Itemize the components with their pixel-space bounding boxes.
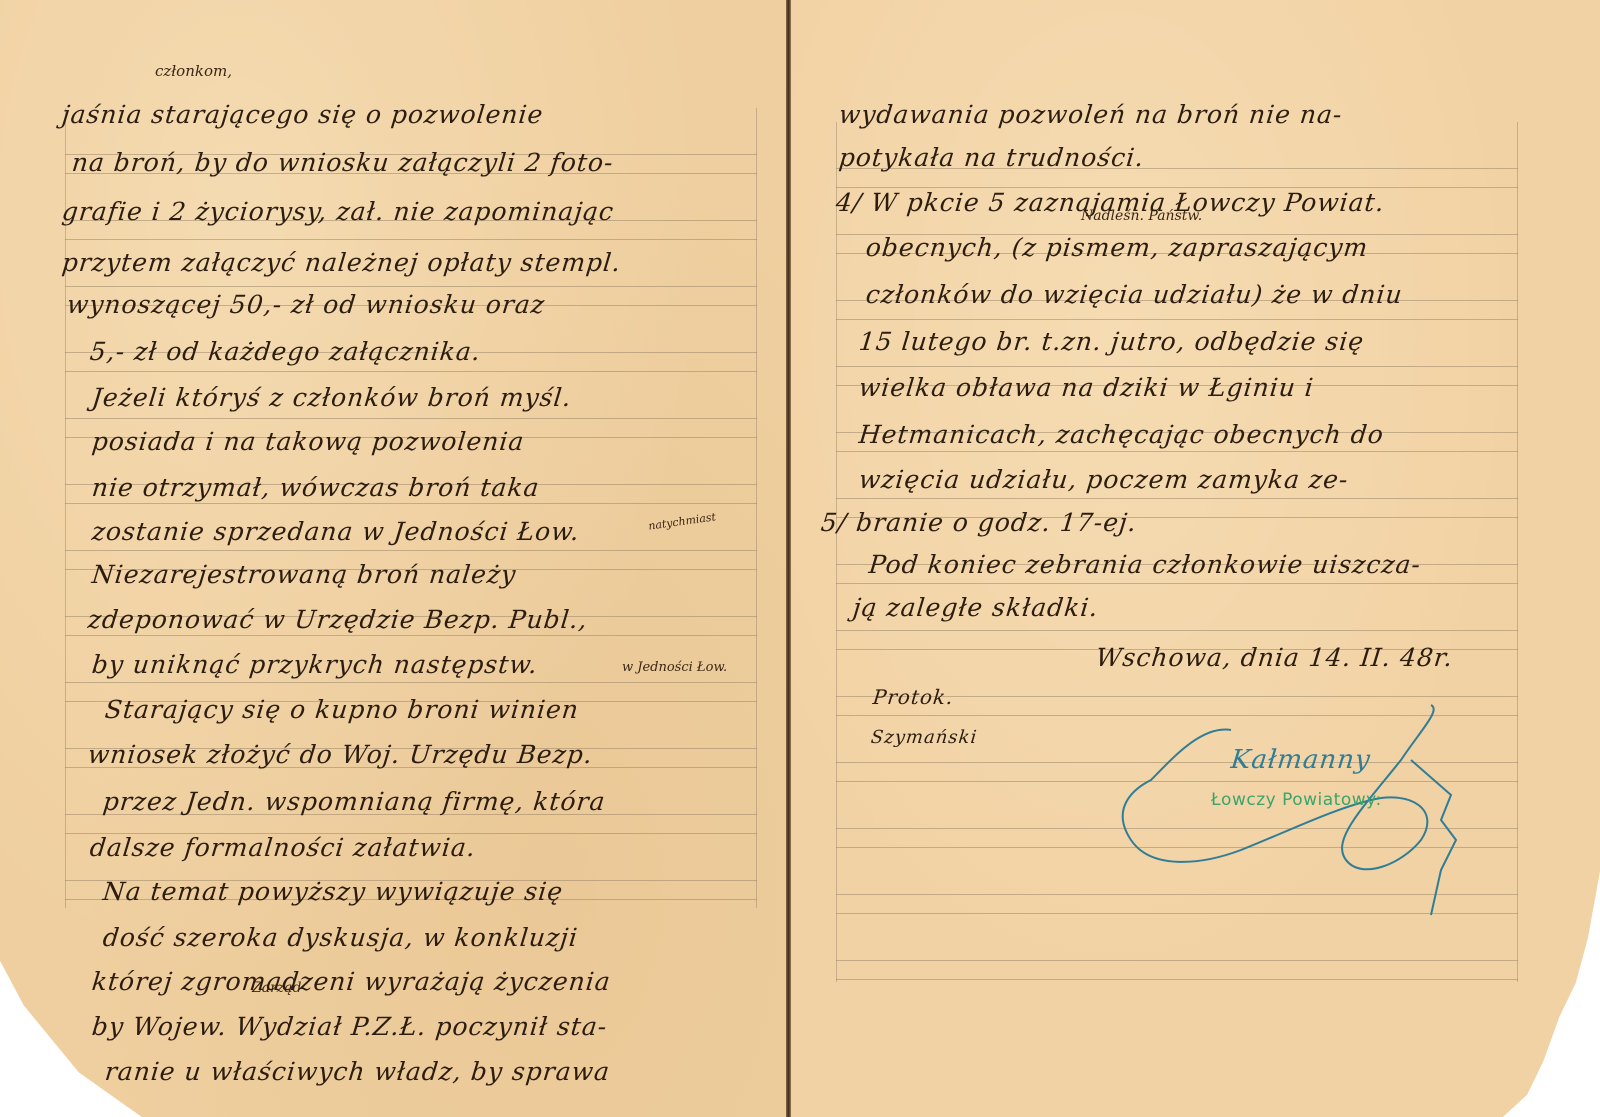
handwritten-line: jaśnia starającego się o pozwolenie	[60, 100, 545, 129]
lowczy-powiatowy-stamp: Łowczy Powiatowy:	[1211, 790, 1382, 810]
notebook-spread: członkom, natychmiast w Jedności Łow. Za…	[0, 0, 1600, 1117]
handwritten-line: Jeżeli któryś z członków broń myśl.	[90, 383, 573, 412]
handwritten-line: by Wojew. Wydział P.Z.Ł. poczynił sta-	[90, 1012, 608, 1041]
handwritten-line: wniosek złożyć do Woj. Urzędu Bezp.	[86, 740, 594, 769]
handwritten-line: wielka obława na dziki w Łginiu i	[857, 373, 1315, 402]
notebook-binding	[786, 0, 791, 1117]
official-signature-text: Kałmanny	[1229, 745, 1372, 775]
handwritten-line: Starający się o kupno broni winien	[103, 695, 580, 724]
handwritten-line: 15 lutego br. t.zn. jutro, odbędzie się	[857, 327, 1365, 356]
protocol-label: Protok.	[872, 685, 955, 709]
right-page: Nadleśn. Państw. wydawania pozwoleń na b…	[791, 0, 1600, 1117]
handwritten-line: potykała na trudności.	[837, 143, 1145, 172]
handwritten-line: posiada i na takową pozwolenia	[90, 427, 525, 456]
handwritten-line: 5,- zł od każdego załącznika.	[88, 337, 482, 366]
handwritten-line: 4/ W pkcie 5 zaznajamia Łowczy Powiat.	[834, 188, 1386, 217]
handwritten-line: wynoszącej 50,- zł od wniosku oraz	[65, 290, 546, 319]
handwritten-line: wzięcia udziału, poczem zamyka ze-	[857, 465, 1350, 494]
handwritten-line: której zgromadzeni wyrażają życzenia	[90, 967, 612, 996]
handwritten-line: przytem załączyć należnej opłaty stempl.	[60, 248, 622, 277]
handwritten-line: wydawania pozwoleń na broń nie na-	[837, 100, 1344, 129]
handwritten-line: Na temat powyższy wywiązuje się	[101, 877, 564, 906]
handwritten-line: na broń, by do wniosku załączyli 2 foto-	[70, 148, 615, 177]
handwritten-line: przez Jedn. wspomnianą firmę, która	[101, 787, 607, 816]
handwritten-line: Hetmanicach, zachęcając obecnych do	[857, 420, 1385, 449]
insert-annotation-czlonkom: członkom,	[155, 62, 232, 80]
handwritten-line: ranie u właściwych władz, by sprawa	[103, 1057, 611, 1086]
insert-annotation-jednosc: w Jedności Łow.	[622, 660, 727, 675]
protocol-signature: Szymański	[870, 727, 978, 748]
handwritten-line: nie otrzymał, wówczas broń taka	[90, 473, 541, 502]
handwritten-line: zostanie sprzedana w Jedności Łow.	[90, 517, 581, 546]
handwritten-line: dość szeroka dyskusja, w konkluzji	[101, 923, 579, 952]
handwritten-line: Niezarejestrowaną broń należy	[90, 560, 517, 589]
handwritten-line: obecnych, (z pismem, zapraszającym	[864, 233, 1369, 262]
date-line: Wschowa, dnia 14. II. 48r.	[1094, 643, 1454, 672]
left-page: członkom, natychmiast w Jedności Łow. Za…	[0, 0, 788, 1117]
official-signature-flourish	[1111, 700, 1491, 930]
handwritten-line: 5/ branie o godz. 17-ej.	[819, 508, 1138, 537]
handwritten-line: grafie i 2 życiorysy, zał. nie zapominaj…	[60, 197, 615, 226]
handwritten-line: by uniknąć przykrych następstw.	[90, 650, 539, 679]
handwritten-line: zdeponować w Urzędzie Bezp. Publ.,	[86, 605, 589, 634]
handwritten-line: członków do wzięcia udziału) że w dniu	[864, 280, 1404, 309]
handwritten-line: Pod koniec zebrania członkowie uiszcza-	[867, 550, 1422, 579]
handwritten-line: dalsze formalności załatwia.	[88, 833, 477, 862]
handwritten-line: ją zaległe składki.	[851, 593, 1099, 622]
